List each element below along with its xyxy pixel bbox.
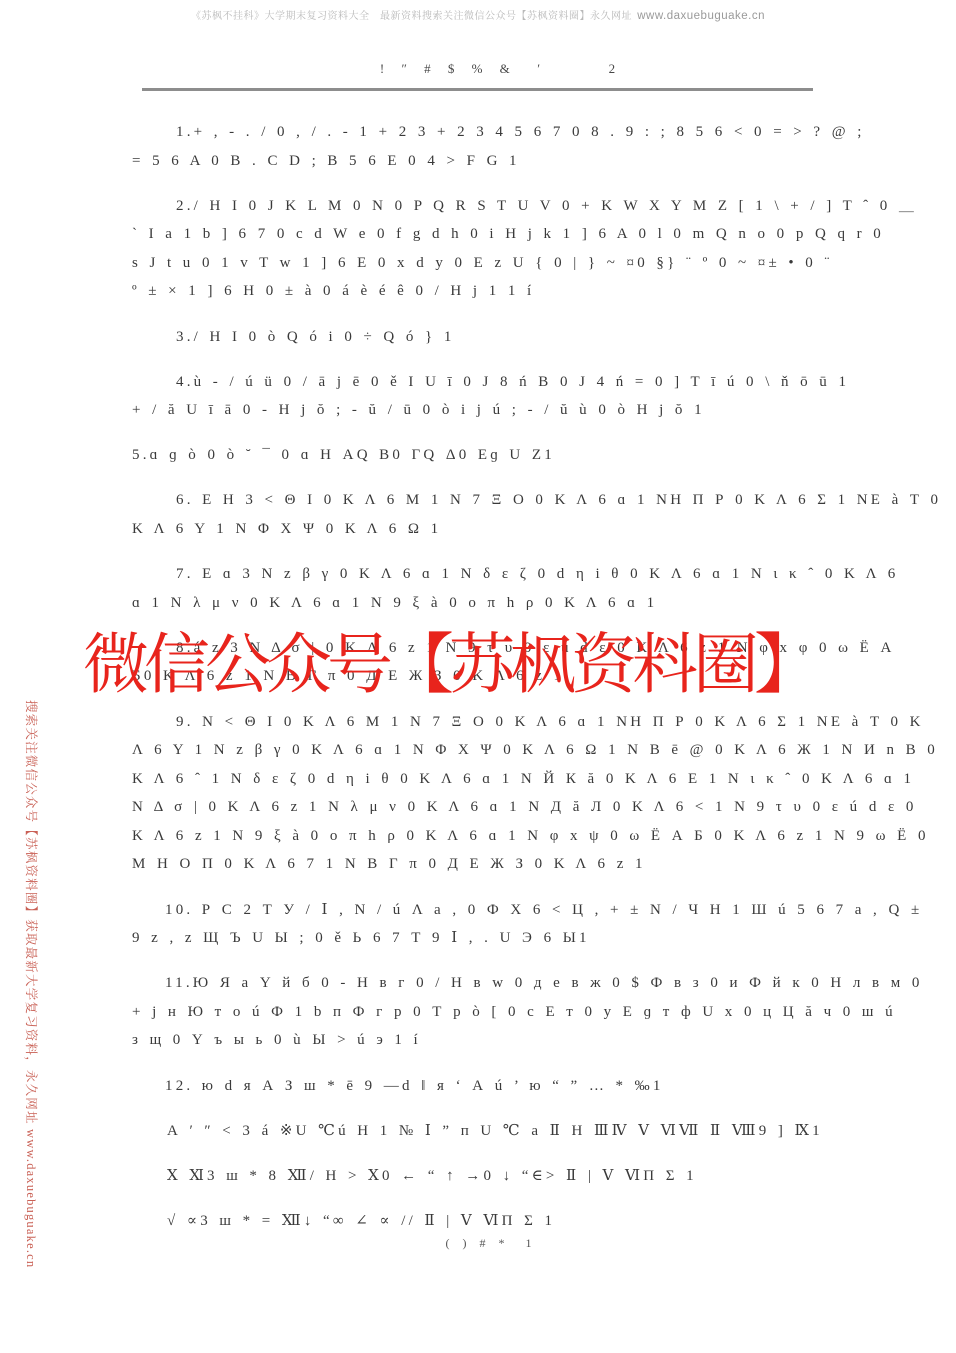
- body-line: 2./ H I 0 J K L M 0 N 0 P Q R S T U V 0 …: [132, 192, 832, 221]
- paragraph-3: 3./ H I 0 ò Q ó i 0 ÷ Q ó } 1: [132, 323, 832, 352]
- paragraph-12: 12. ю d я А З ш * ē 9 —d ‖ я ‘ А ú ’ ю “…: [132, 1072, 832, 1101]
- body-line: + j н Ю т о ú Ф 1 b п Ф г р 0 Т р ò [ 0 …: [132, 998, 832, 1027]
- body-line: Ⅹ Ⅺ3 ш * 8 Ⅻ/ Н > Ⅹ0 ← “ ↑ →0 ↓ “∈> Ⅱ | …: [132, 1162, 832, 1191]
- body-line: 3./ H I 0 ò Q ó i 0 ÷ Q ó } 1: [132, 323, 832, 352]
- paragraph-13: А ′ ″ < 3 á ※U ℃ú Н 1 № Ⅰ ” п U ℃ а Ⅱ Н …: [132, 1117, 832, 1146]
- body-line: 1.+ , - . / 0 , / . - 1 + 2 3 + 2 3 4 5 …: [132, 118, 832, 147]
- body-line: М Н О П 0 Κ Λ 6 7 1 Ν В Г π 0 Д Е Ж З 0 …: [132, 850, 832, 879]
- document-page: 《苏枫不挂科》大学期末复习资料大全 最新资料搜索关注微信公众号【苏枫资料圈】永久…: [0, 0, 956, 1353]
- body-line: 6. Ε Η 3 < Θ Ι 0 Κ Λ 6 Μ 1 Ν 7 Ξ Ο 0 Κ Λ…: [132, 486, 832, 515]
- paragraph-11: 11.Ю Я а Ү й б 0 - Η в г 0 / Η в w 0 д е…: [132, 969, 832, 1055]
- body-line: Ν Δ σ | 0 Κ Λ 6 z 1 Ν λ μ ν 0 Κ Λ 6 ɑ 1 …: [132, 793, 832, 822]
- body-line: 12. ю d я А З ш * ē 9 —d ‖ я ‘ А ú ’ ю “…: [132, 1072, 832, 1101]
- body-line: Κ Λ 6 z 1 Ν 9 ξ à 0 ο π h ρ 0 Κ Λ 6 ɑ 1 …: [132, 822, 832, 851]
- paragraph-2: 2./ H I 0 J K L M 0 N 0 P Q R S T U V 0 …: [132, 192, 832, 306]
- paragraph-14: Ⅹ Ⅺ3 ш * 8 Ⅻ/ Н > Ⅹ0 ← “ ↑ →0 ↓ “∈> Ⅱ | …: [132, 1162, 832, 1191]
- paragraph-4: 4.ù - / ú ü 0 / ā j ē 0 ě I U ī 0 J 8 ń …: [132, 368, 832, 425]
- body-line: ` I a 1 b ] 6 7 0 c d W e 0 f g d h 0 i …: [132, 220, 832, 249]
- body-line: + / ă U ī ā 0 - H j ŏ ; - ŭ / ū 0 ò i j …: [132, 396, 832, 425]
- paragraph-15: √ ∝3 ш * = Ⅻ↓ “∞ ∠ ∝ // Ⅱ | Ⅴ ⅥΠ Σ 1: [132, 1207, 832, 1236]
- center-red-watermark: 微信公众号【苏枫资料圈】: [83, 620, 883, 712]
- header-text: 《苏枫不挂科》大学期末复习资料大全 最新资料搜索关注微信公众号【苏枫资料圈】永久…: [191, 11, 632, 22]
- body-line: А ′ ″ < 3 á ※U ℃ú Н 1 № Ⅰ ” п U ℃ а Ⅱ Н …: [132, 1117, 832, 1146]
- body-line: √ ∝3 ш * = Ⅻ↓ “∞ ∠ ∝ // Ⅱ | Ⅴ ⅥΠ Σ 1: [132, 1207, 832, 1236]
- body-line: = 5 6 A 0 B . C D ; B 5 6 E 0 4 > F G 1: [132, 147, 832, 176]
- body-line: º ± × 1 ] 6 H 0 ± à 0 á è é ê 0 / H j 1 …: [132, 277, 832, 306]
- body-line: 4.ù - / ú ü 0 / ā j ē 0 ě I U ī 0 J 8 ń …: [132, 368, 832, 397]
- page-number: ( ) # * 1: [0, 1236, 956, 1251]
- header-url: www.daxuebuguake.cn: [637, 10, 765, 22]
- paragraph-5: 5.ɑ ɡ ò 0 ò ˘ ¯ 0 ɑ H ΑQ Β0 ΓQ Δ0 Εɡ U Ζ…: [132, 441, 832, 470]
- body-line: 11.Ю Я а Ү й б 0 - Η в г 0 / Η в w 0 д е…: [132, 969, 832, 998]
- paragraph-9: 9. Ν < Θ Ι 0 Κ Λ 6 Μ 1 Ν 7 Ξ Ο 0 Κ Λ 6 ɑ…: [132, 708, 832, 880]
- paragraph-6: 6. Ε Η 3 < Θ Ι 0 Κ Λ 6 Μ 1 Ν 7 Ξ Ο 0 Κ Λ…: [132, 486, 832, 543]
- paragraph-1: 1.+ , - . / 0 , / . - 1 + 2 3 + 2 3 4 5 …: [132, 118, 832, 175]
- paragraph-7: 7. Ε ɑ 3 Ν z β γ 0 Κ Λ 6 ɑ 1 Ν δ ε ζ 0 d…: [132, 560, 832, 617]
- body-line: Κ Λ 6 Υ 1 Ν Φ Χ Ψ 0 Κ Λ 6 Ω 1: [132, 515, 832, 544]
- body-line: ɑ 1 Ν λ μ ν 0 Κ Λ 6 ɑ 1 Ν 9 ξ à 0 ο π h …: [132, 589, 832, 618]
- body-line: 5.ɑ ɡ ò 0 ò ˘ ¯ 0 ɑ H ΑQ Β0 ΓQ Δ0 Εɡ U Ζ…: [132, 441, 832, 470]
- body-line: Λ 6 Υ 1 Ν z β γ 0 Κ Λ 6 ɑ 1 Ν Φ Χ Ψ 0 Κ …: [132, 736, 832, 765]
- body-line: 10. Р С 2 Т У / Ⅰ , Ν / ú Λ a , 0 Ф Х 6 …: [132, 896, 832, 925]
- body-line: s J t u 0 1 v T w 1 ] 6 E 0 x d y 0 E z …: [132, 249, 832, 278]
- body-line: з щ 0 Ү ъ ы ь 0 ù Ы > ú э 1 í: [132, 1026, 832, 1055]
- body-line: 9 z , z Щ Ъ U Ы ; 0 ě Ь 6 7 Т 9 Ⅰ , . U …: [132, 924, 832, 953]
- title-divider: [142, 88, 813, 91]
- header-watermark-line: 《苏枫不挂科》大学期末复习资料大全 最新资料搜索关注微信公众号【苏枫资料圈】永久…: [0, 7, 956, 22]
- body-line: Κ Λ 6 ˆ 1 Ν δ ε ζ 0 d η i θ 0 Κ Λ 6 ɑ 1 …: [132, 765, 832, 794]
- side-vertical-watermark: 搜索关注微信公众号【苏枫资料圈】获取最新大学复习资料，永久网址 www.daxu…: [23, 700, 41, 1140]
- page-title: ! ″ # $ % & ′ 2: [0, 61, 956, 77]
- paragraph-10: 10. Р С 2 Т У / Ⅰ , Ν / ú Λ a , 0 Ф Х 6 …: [132, 896, 832, 953]
- body-line: 7. Ε ɑ 3 Ν z β γ 0 Κ Λ 6 ɑ 1 Ν δ ε ζ 0 d…: [132, 560, 832, 589]
